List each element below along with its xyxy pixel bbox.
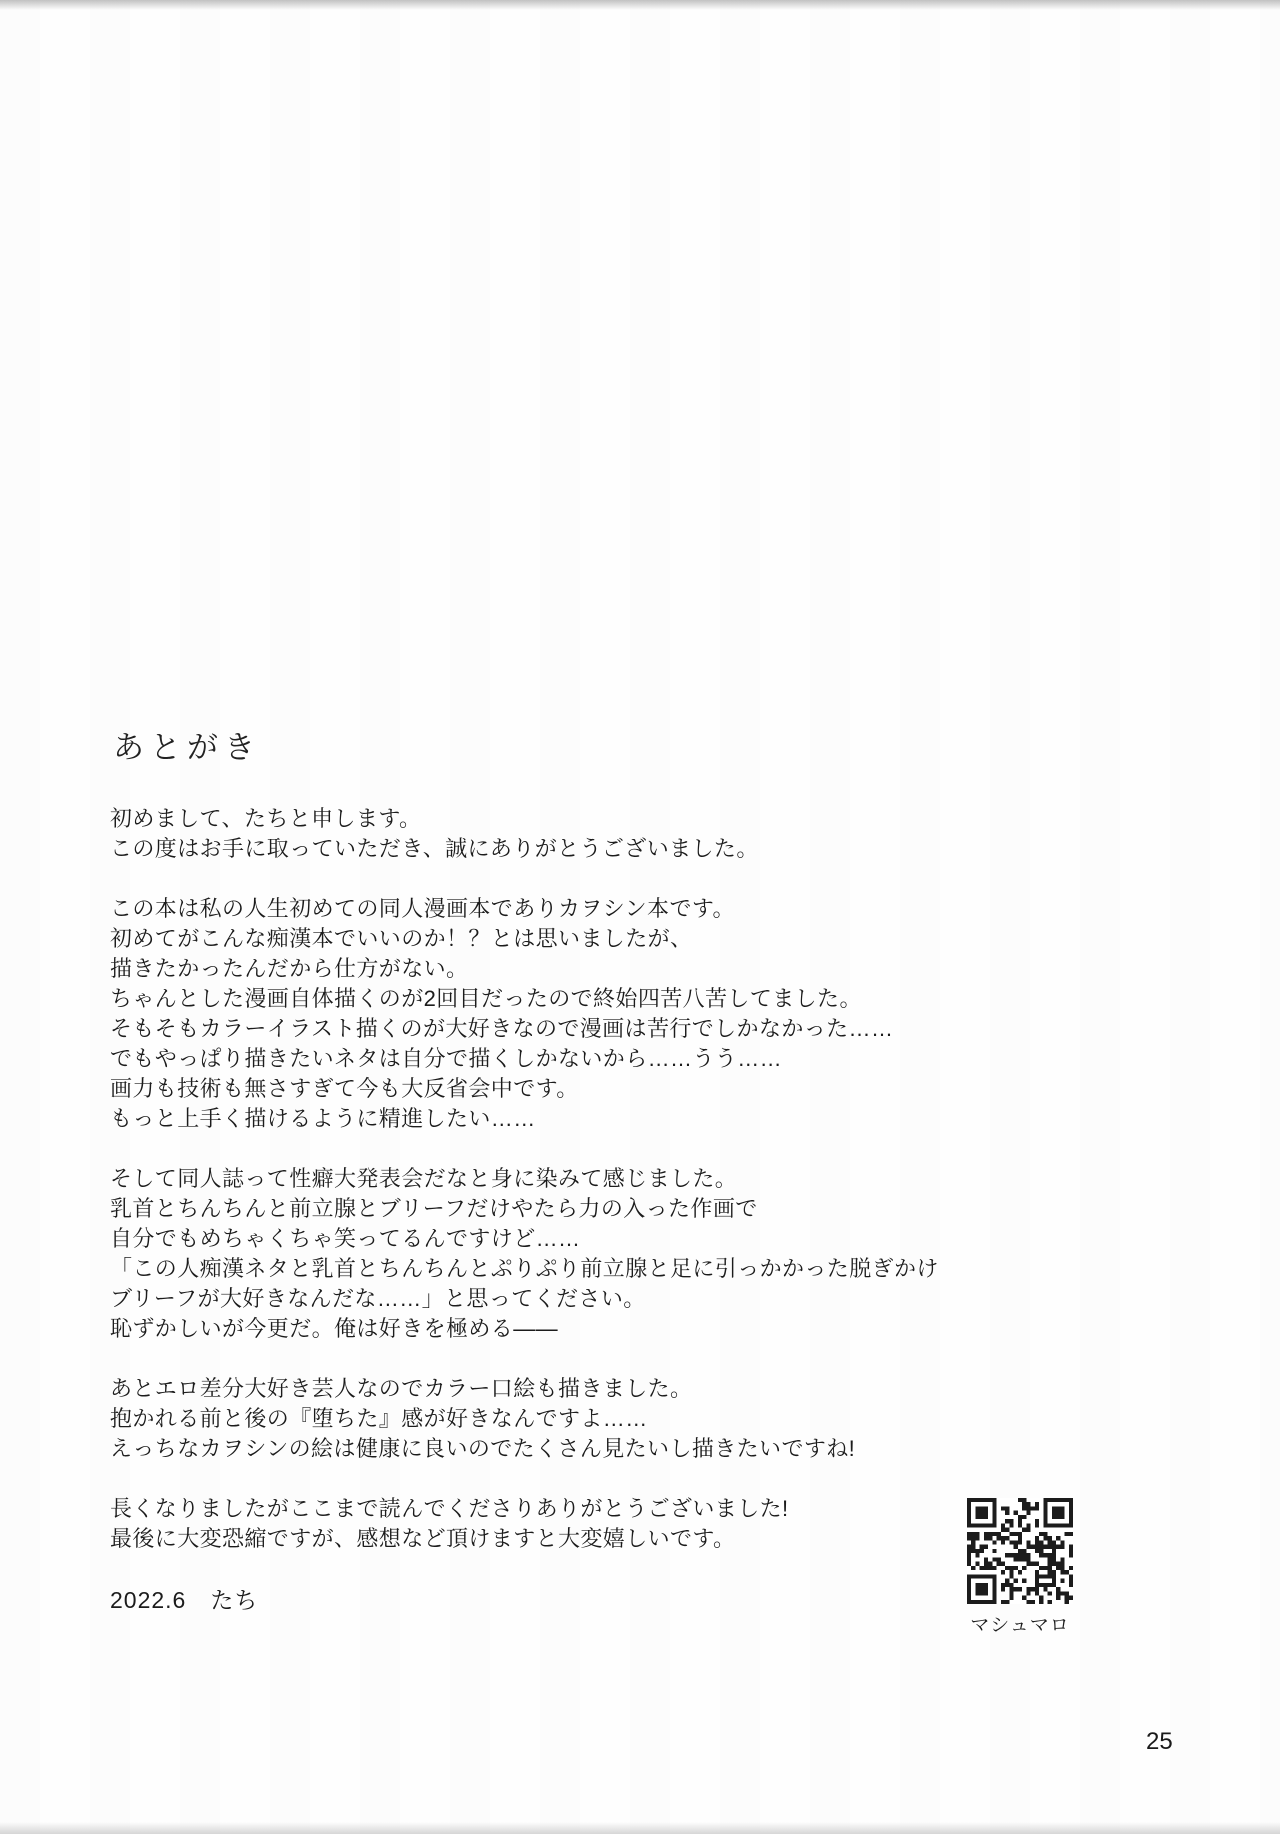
text-line: 初めてがこんな痴漢本でいいのか！？とは思いましたが、 — [110, 924, 1110, 954]
qr-block: マシュマロ — [963, 1498, 1077, 1637]
text-line: 「この人痴漢ネタと乳首とちんちんとぷりぷり前立腺と足に引っかかった脱ぎかけ — [110, 1254, 1110, 1284]
text-line: 乳首とちんちんと前立腺とブリーフだけやたら力の入った作画で — [110, 1194, 1110, 1224]
paragraph: そして同人誌って性癖大発表会だなと身に染みて感じました。乳首とちんちんと前立腺と… — [110, 1164, 1110, 1344]
afterword-page: あとがき 初めまして、たちと申します。この度はお手に取っていただき、誠にありがと… — [0, 0, 1280, 1834]
text-line: この本は私の人生初めての同人漫画本でありカヲシン本です。 — [110, 894, 1110, 924]
paragraph: この本は私の人生初めての同人漫画本でありカヲシン本です。初めてがこんな痴漢本でい… — [110, 894, 1110, 1134]
text-line: 自分でもめちゃくちゃ笑ってるんですけど…… — [110, 1224, 1110, 1254]
page-title: あとがき — [113, 722, 261, 767]
text-line: ちゃんとした漫画自体描くのが2回目だったので終始四苦八苦してました。 — [110, 984, 1110, 1014]
text-line: もっと上手く描けるように精進したい…… — [110, 1104, 1110, 1134]
text-line: 初めまして、たちと申します。 — [110, 804, 1110, 834]
page-number: 25 — [1146, 1728, 1173, 1756]
text-line: そして同人誌って性癖大発表会だなと身に染みて感じました。 — [110, 1164, 1110, 1194]
paragraph: 長くなりましたがここまで読んでくださりありがとうございました!最後に大変恐縮です… — [110, 1494, 1110, 1554]
text-line: 抱かれる前と後の『堕ちた』感が好きなんですよ…… — [110, 1404, 1110, 1434]
scan-edge-bottom — [0, 1822, 1280, 1834]
paragraph: 初めまして、たちと申します。この度はお手に取っていただき、誠にありがとうございま… — [110, 804, 1110, 864]
afterword-body: 初めまして、たちと申します。この度はお手に取っていただき、誠にありがとうございま… — [110, 804, 1110, 1584]
text-line: あとエロ差分大好き芸人なのでカラー口絵も描きました。 — [110, 1374, 1110, 1404]
text-line: この度はお手に取っていただき、誠にありがとうございました。 — [110, 834, 1110, 864]
paragraph: あとエロ差分大好き芸人なのでカラー口絵も描きました。抱かれる前と後の『堕ちた』感… — [110, 1374, 1110, 1464]
text-line: 画力も技術も無さすぎて今も大反省会中です。 — [110, 1074, 1110, 1104]
text-line: 最後に大変恐縮ですが、感想など頂けますと大変嬉しいです。 — [110, 1524, 1110, 1554]
text-line: でもやっぱり描きたいネタは自分で描くしかないから……うう…… — [110, 1044, 1110, 1074]
date-signature: 2022.6 たち — [110, 1582, 258, 1615]
scan-edge-top — [0, 0, 1280, 10]
text-line: 恥ずかしいが今更だ。俺は好きを極める―― — [110, 1314, 1110, 1344]
text-line: ブリーフが大好きなんだな……」と思ってください。 — [110, 1284, 1110, 1314]
qr-code-icon — [967, 1498, 1073, 1604]
text-line: そもそもカラーイラスト描くのが大好きなので漫画は苦行でしかなかった…… — [110, 1014, 1110, 1044]
qr-label: マシュマロ — [963, 1610, 1077, 1637]
text-line: 長くなりましたがここまで読んでくださりありがとうございました! — [110, 1494, 1110, 1524]
text-line: えっちなカヲシンの絵は健康に良いのでたくさん見たいし描きたいですね! — [110, 1434, 1110, 1464]
text-line: 描きたかったんだから仕方がない。 — [110, 954, 1110, 984]
